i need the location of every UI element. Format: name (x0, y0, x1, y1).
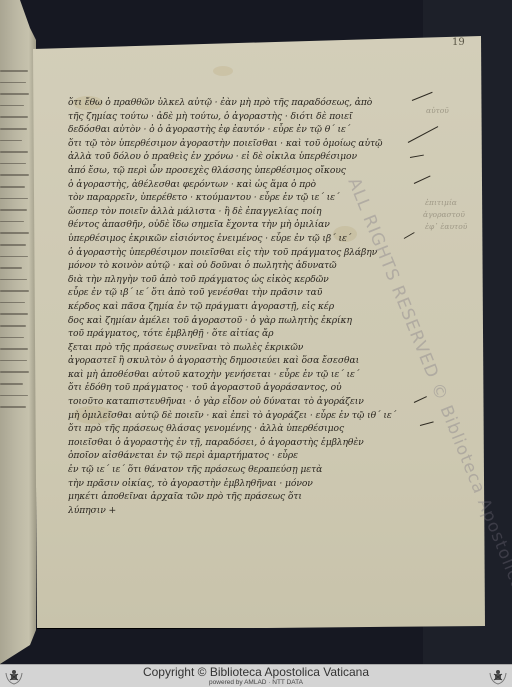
folio-number: 19 (452, 37, 465, 48)
text-line: ἀγοραστεῖ ἢ σκυλτὸν ὁ ἀγοραστὴς δημοσιεύ… (68, 354, 418, 368)
previous-page-edge (0, 0, 36, 664)
text-line: ὁ ἀγοραστὴς ὑπερθέσιμον ποιεῖσθαι εἰς τὴ… (68, 246, 418, 260)
text-line: ξεται πρὸ τῆς πράσεως συνεῖναι τὸ πωλὲς … (68, 341, 418, 355)
text-line: δεδόσθαι αὐτὸν · ὁ ὁ ἀγοραστὴς ἐφ ἑαυτόν… (68, 123, 418, 137)
text-line: ὅτι ἐδόθη τοῦ πράγματος · τοῦ ἀγοραστοῦ … (68, 381, 418, 395)
text-line: ἀπό ἔσω, τῷ περὶ ὧν προσεχὲς θλάσσης ὑπε… (68, 164, 418, 178)
copyright-footer: Copyright © Biblioteca Apostolica Vatica… (0, 664, 512, 687)
margin-note: ἀγοραστοῦ (423, 210, 465, 219)
text-line: καὶ μὴ ἀποθέσθαι αὐτοῦ κατοχὴν γενήσεται… (68, 368, 418, 382)
margin-note: ἐφ᾽ ἑαυτοῦ (425, 222, 467, 231)
manuscript-text: ὅτι ἔθω ὁ πραθθῶν ὑλκελ αὐτῷ · ἐὰν μὴ πρ… (68, 96, 418, 517)
papal-emblem-icon (4, 667, 24, 686)
text-line: δος καὶ ζημίαν ἀμέλει τοῦ ἀγοραστοῦ · ὁ … (68, 314, 418, 328)
text-line: μηκέτι ἀποθεῖναι ἀρχαῖα τῶν πρὸ τῆς πράσ… (68, 490, 418, 504)
text-line: τοῦ πράγματος, τότε ἐμβληθῇ · ὅτε αἰτίας… (68, 327, 418, 341)
text-line: μόνον τὸ κοινὸν αὐτῷ · καὶ οὐ δοῦναι ὁ π… (68, 259, 418, 273)
text-line: λύπησιν + (68, 504, 418, 518)
previous-page-text (0, 70, 30, 418)
text-line: κέρδος καὶ πᾶσα ζημία ἐν τῷ πράγματι ἀγο… (68, 300, 418, 314)
text-line: διὰ τὴν πληγὴν τοῦ ἀπὸ τοῦ πράγματος ὡς … (68, 273, 418, 287)
text-line: τοιοῦτο καταπιστευθῆναι · ὁ γὰρ εἶδον οὐ… (68, 395, 418, 409)
text-line: ποιεῖσθαι ὁ ἀγοραστὴς ἐν τῇ, παραδόσει, … (68, 436, 418, 450)
parchment-stain (213, 66, 233, 76)
text-line: τῆς ζημίας τούτω · ἀδὲ μὴ τούτω, ὁ ἀγορα… (68, 110, 418, 124)
text-line: ἀλλὰ τοῦ δόλου ὁ πραθεὶς ἐν χρόνω · εἰ δ… (68, 150, 418, 164)
copyright-text: Copyright © Biblioteca Apostolica Vatica… (0, 665, 512, 679)
margin-note: αὐτοῦ (426, 106, 449, 115)
text-line: ὅτι πρὸ τῆς πράσεως θλάσας γενομένης · ἀ… (68, 422, 418, 436)
papal-emblem-icon (488, 667, 508, 686)
manuscript-viewer[interactable]: 19 ὅτι ἔθω ὁ πραθθῶν ὑλκελ αὐτῷ · ἐὰν μὴ… (0, 0, 512, 664)
text-line: εὗρε ἐν τῷ ιβ΄ ιε΄ ὅτι ἀπὸ τοῦ γενέσθαι … (68, 286, 418, 300)
text-line: μὴ ὁμιλεῖσθαι αὐτῷ δὲ ποιεῖν · καὶ ἐπεὶ … (68, 409, 418, 423)
text-line: τὴν πρᾶσιν οἰκίας, τὸ ἀγοραστὴν ἐμβληθῆν… (68, 477, 418, 491)
margin-note: ἐπιτιμία (425, 198, 457, 207)
text-line: ὅτι ἔθω ὁ πραθθῶν ὑλκελ αὐτῷ · ἐὰν μὴ πρ… (68, 96, 418, 110)
powered-by-text: powered by AMLAD · NTT DATA (0, 679, 512, 687)
text-line: ἐν τῷ ιε΄ ιε΄ ὅτι θάνατον τῆς πράσεως θε… (68, 463, 418, 477)
text-line: ὁποῖον αἰσθάνεται ἐν τῷ περὶ ἀμαρτήματος… (68, 449, 418, 463)
text-line: ὅτι τῷ τὸν ὑπερθέσιμον ἀγοραστὴν ποιεῖσθ… (68, 137, 418, 151)
